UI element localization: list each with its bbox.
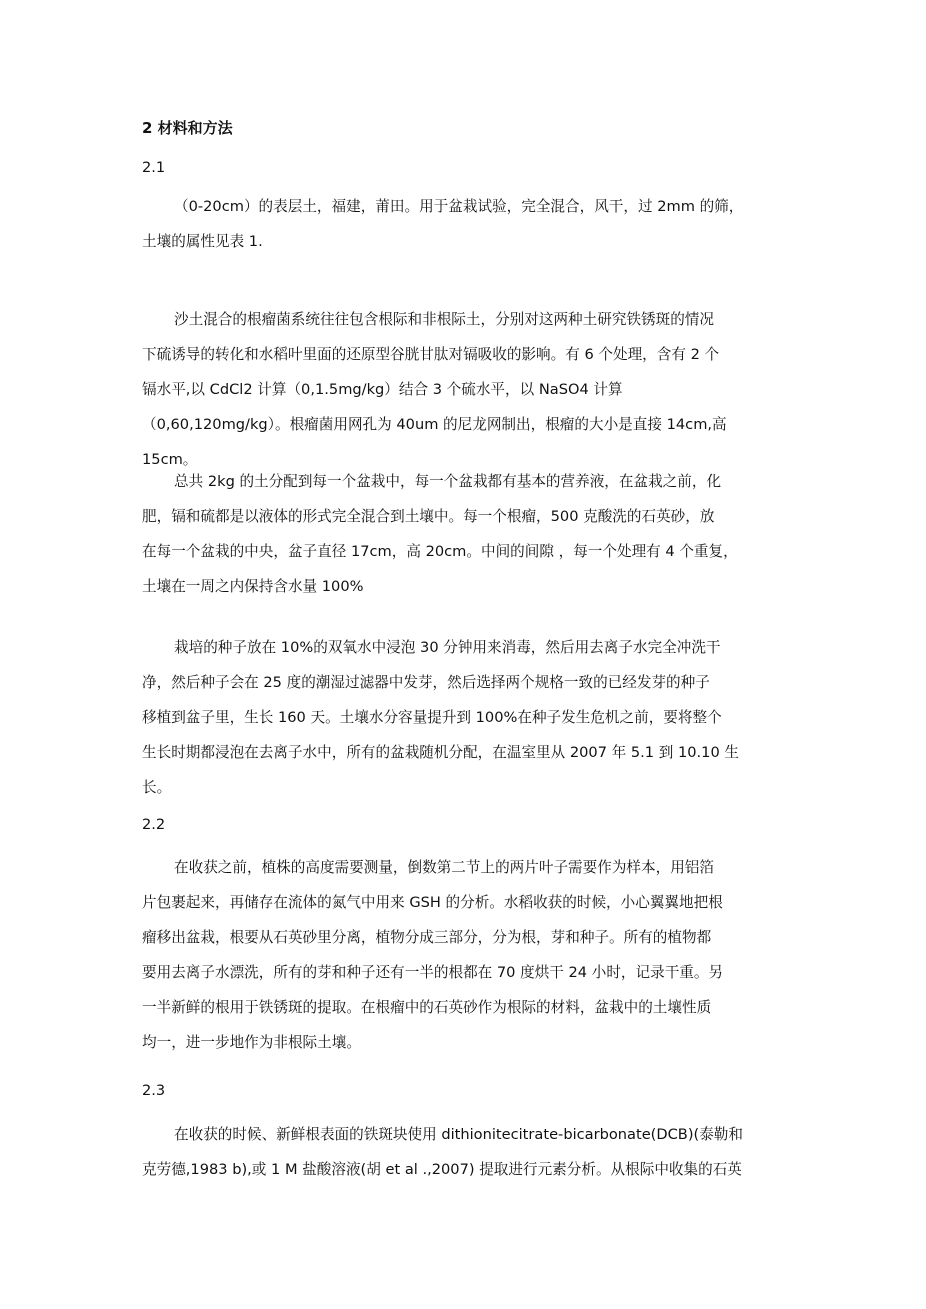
paragraph-line: 移植到盆子里，生长 160 天。土壤水分容量提升到 100%在种子发生危机之前，… — [142, 708, 722, 728]
paragraph-line: （0-20cm）的表层土，福建，莆田。用于盆栽试验，完全混合，风干，过 2mm … — [174, 197, 743, 217]
paragraph-line: 一半新鲜的根用于铁锈斑的提取。在根瘤中的石英砂作为根际的材料，盆栽中的土壤性质 — [142, 998, 711, 1018]
paragraph-line: 在每一个盆栽的中央，盆子直径 17cm，高 20cm。中间的间隙 ，每一个处理有… — [142, 542, 738, 562]
paragraph-line: 瘤移出盆栽，根要从石英砂里分离，植物分成三部分，分为根，芽和种子。所有的植物都 — [142, 928, 711, 948]
paragraph-line: 土壤在一周之内保持含水量 100% — [142, 577, 364, 597]
paragraph-line: 总共 2kg 的土分配到每一个盆栽中，每一个盆栽都有基本的营养液，在盆栽之前，化 — [174, 472, 721, 492]
paragraph-line: 长。 — [142, 778, 171, 798]
paragraph-line: 生长时期都浸泡在去离子水中，所有的盆栽随机分配，在温室里从 2007 年 5.1… — [142, 743, 739, 763]
paragraph-line: 沙土混合的根瘤菌系统往往包含根际和非根际土，分别对这两种土研究铁锈斑的情况 — [174, 310, 714, 330]
subsection-number: 2.1 — [142, 158, 165, 178]
subsection-number: 2.2 — [142, 815, 165, 835]
paragraph-line: 在收获之前，植株的高度需要测量，倒数第二节上的两片叶子需要作为样本，用铝箔 — [174, 858, 714, 878]
paragraph-line: 镉水平,以 CdCl2 计算（0,1.5mg/kg）结合 3 个硫水平，以 Na… — [142, 380, 623, 400]
paragraph-line: 土壤的属性见表 1. — [142, 232, 263, 252]
paragraph-line: 15cm。 — [142, 450, 197, 470]
paragraph-line: 肥，镉和硫都是以液体的形式完全混合到土壤中。每一个根瘤，500 克酸洗的石英砂，… — [142, 507, 714, 527]
paragraph-line: 在收获的时候、新鲜根表面的铁斑块使用 dithionitecitrate-bic… — [174, 1125, 743, 1145]
subsection-number: 2.3 — [142, 1081, 165, 1101]
section-heading: 2 材料和方法 — [142, 118, 233, 138]
paragraph-line: 下硫诱导的转化和水稻叶里面的还原型谷胱甘肽对镉吸收的影响。有 6 个处理，含有 … — [142, 345, 719, 365]
paragraph-line: 栽培的种子放在 10%的双氧水中浸泡 30 分钟用来消毒，然后用去离子水完全冲洗… — [174, 638, 721, 658]
paragraph-line: 均一，进一步地作为非根际土壤。 — [142, 1033, 361, 1053]
document-page: 2 材料和方法 2.1 （0-20cm）的表层土，福建，莆田。用于盆栽试验，完全… — [0, 0, 926, 1309]
paragraph-line: 要用去离子水漂洗，所有的芽和种子还有一半的根都在 70 度烘干 24 小时，记录… — [142, 963, 723, 983]
paragraph-line: 片包裹起来，再储存在流体的氮气中用来 GSH 的分析。水稻收获的时候，小心翼翼地… — [142, 893, 723, 913]
paragraph-line: （0,60,120mg/kg）。根瘤菌用网孔为 40um 的尼龙网制出，根瘤的大… — [142, 415, 727, 435]
paragraph-line: 克劳德,1983 b),或 1 M 盐酸溶液(胡 et al .,2007) 提… — [142, 1160, 742, 1180]
paragraph-line: 净，然后种子会在 25 度的潮湿过滤器中发芽，然后选择两个规格一致的已经发芽的种… — [142, 673, 710, 693]
